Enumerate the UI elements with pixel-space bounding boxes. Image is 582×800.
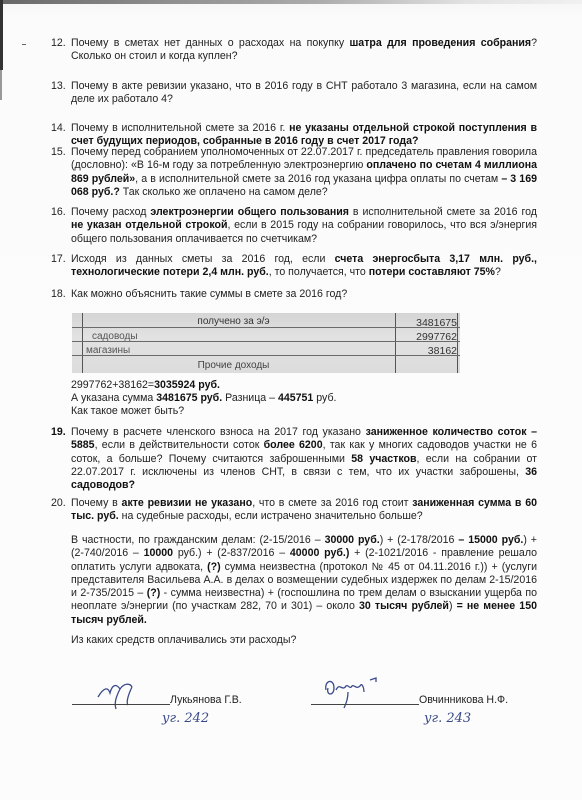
table-row: садоводы 2997762 — [72, 329, 460, 342]
text-run: Почему расход — [71, 206, 150, 218]
question-12: 12.Почему в сметах нет данных о расходах… — [51, 37, 537, 64]
question-17: 17.Исходя из данных сметы за 2016 год, е… — [51, 253, 537, 280]
table-label: Прочие доходы — [72, 359, 395, 372]
question-20-details: В частности, по гражданским делам: (2-15… — [71, 534, 537, 627]
question-13: 13.Почему в акте ревизии указано, что в … — [51, 80, 537, 107]
question-14: 14.Почему в исполнительной смете за 2016… — [51, 122, 537, 149]
text-run: 3481675 руб. — [156, 392, 222, 404]
question-text: Почему в акте ревизии указано, что в 201… — [71, 80, 537, 107]
estimate-table-excerpt: получено за э/э 3481675 садоводы 2997762… — [72, 313, 460, 373]
question-number: 12. — [51, 37, 71, 50]
question-number: 15. — [51, 146, 71, 159]
text-run: Так сколько же оплачено на самом деле? — [120, 186, 328, 198]
text-run: Почему в акте ревизии указано, что в 201… — [71, 80, 537, 105]
text-run: Как можно объяснить такие суммы в смете … — [71, 288, 347, 300]
question-text: Почему в акте ревизии не указано, что в … — [71, 497, 537, 524]
text-run: Как такое может быть? — [71, 405, 184, 417]
calc-line-2: А указана сумма 3481675 руб. Разница – 4… — [71, 392, 537, 405]
text-run: Исходя из данных сметы за 2016 год, если — [71, 253, 335, 265]
text-run: Разница – — [222, 392, 278, 404]
handwritten-plot-number: уг. 243 — [424, 712, 471, 725]
text-run: в исполнительной смете за 2016 год — [349, 206, 537, 218]
table-row: получено за э/э 3481675 — [72, 315, 460, 328]
text-run: 2997762+38162= — [71, 379, 154, 391]
text-run: 10000 — [144, 547, 173, 559]
question-number: 16. — [51, 206, 71, 219]
text-run: , а в исполнительной смете за 2016 год у… — [135, 173, 501, 185]
text-run: (?) — [207, 561, 221, 573]
question-number: 20. — [51, 497, 71, 510]
question-number: 19. — [51, 426, 71, 439]
text-run: на судебные расходы, если истрачено знач… — [119, 510, 423, 522]
text-run: 30000 руб. — [325, 534, 380, 546]
text-run: , что в смете за 2016 год стоит — [252, 497, 412, 509]
text-run: (?) — [147, 587, 161, 599]
question-text: Как можно объяснить такие суммы в смете … — [71, 288, 537, 301]
signatory-name: Лукьянова Г.В. — [170, 694, 242, 707]
text-run: 30 тысяч рублей — [359, 600, 449, 612]
text-run: ? — [495, 266, 501, 278]
text-run: потери составляют 75% — [369, 266, 495, 278]
calc-line-3: Как такое может быть? — [71, 405, 537, 418]
scan-mark — [22, 44, 26, 45]
question-number: 13. — [51, 80, 71, 93]
text-run: Почему в сметах нет данных о расходах на… — [71, 37, 349, 49]
text-run: руб. — [313, 392, 336, 404]
text-run: руб.) + (2-837/2016 – — [173, 547, 290, 559]
signature-line — [72, 704, 170, 705]
question-number: 18. — [51, 288, 71, 301]
question-text: Исходя из данных сметы за 2016 год, если… — [71, 253, 537, 280]
text-run: не указан отдельной строкой — [71, 219, 228, 231]
question-18: 18.Как можно объяснить такие суммы в сме… — [51, 288, 537, 301]
text-run: А указана сумма — [71, 392, 156, 404]
text-run: Почему в расчете членского взноса на 201… — [71, 426, 366, 438]
table-label: получено за э/э — [72, 315, 395, 328]
scan-left-edge — [0, 70, 2, 100]
text-run: В частности, по гражданским делам: (2-15… — [71, 534, 325, 546]
text-run: 3035924 руб. — [154, 379, 220, 391]
question-text: Почему в исполнительной смете за 2016 г.… — [71, 122, 537, 149]
question-text: Почему перед собранием уполномоченных от… — [71, 146, 537, 199]
table-row: магазины 38162 — [72, 343, 460, 356]
text-run: , если в действительности соток — [95, 439, 264, 451]
text-run: – 15000 руб. — [458, 534, 523, 546]
question-text: Почему в сметах нет данных о расходах на… — [71, 37, 537, 64]
text-run: ) + (2-178/2016 — [380, 534, 459, 546]
question-20: 20.Почему в акте ревизии не указано, что… — [51, 497, 537, 524]
question-text: Почему расход электроэнергии общего поль… — [71, 206, 537, 246]
table-row: Прочие доходы — [72, 357, 460, 370]
signature-line — [311, 704, 419, 705]
signatory-name: Овчинникова Н.Ф. — [419, 694, 508, 707]
scan-top-shadow — [0, 0, 582, 4]
signature-scribble — [318, 672, 398, 712]
question-19: 19.Почему в расчете членского взноса на … — [51, 426, 537, 492]
table-label: магазины — [86, 344, 130, 357]
text-run: акте ревизии не указано — [122, 497, 253, 509]
question-20-followup: Из каких средств оплачивались эти расход… — [71, 634, 537, 647]
text-run: 445751 — [278, 392, 313, 404]
question-number: 17. — [51, 253, 71, 266]
signature-scribble — [80, 673, 170, 713]
text-run: 58 участков — [351, 453, 416, 465]
scan-left-edge — [0, 0, 3, 70]
question-16: 16.Почему расход электроэнергии общего п… — [51, 206, 537, 246]
text-run: ) — [449, 600, 457, 612]
text-run: более 6200 — [264, 439, 323, 451]
text-run: 40000 руб.) — [290, 547, 349, 559]
calc-line-1: 2997762+38162=3035924 руб. — [71, 379, 537, 392]
text-run: шатра для проведения собрания — [349, 37, 531, 49]
text-run: , то получается, что — [269, 266, 369, 278]
handwritten-plot-number: уг. 242 — [162, 712, 209, 725]
question-text: Почему в расчете членского взноса на 201… — [71, 426, 537, 492]
text-run: Почему в исполнительной смете за 2016 г. — [71, 122, 289, 134]
question-15: 15.Почему перед собранием уполномоченных… — [51, 146, 537, 199]
question-number: 14. — [51, 122, 71, 135]
document-page: 12.Почему в сметах нет данных о расходах… — [0, 0, 582, 800]
table-label: садоводы — [92, 330, 138, 343]
text-run: электроэнергии общего пользования — [150, 206, 349, 218]
text-run: Почему в — [71, 497, 122, 509]
